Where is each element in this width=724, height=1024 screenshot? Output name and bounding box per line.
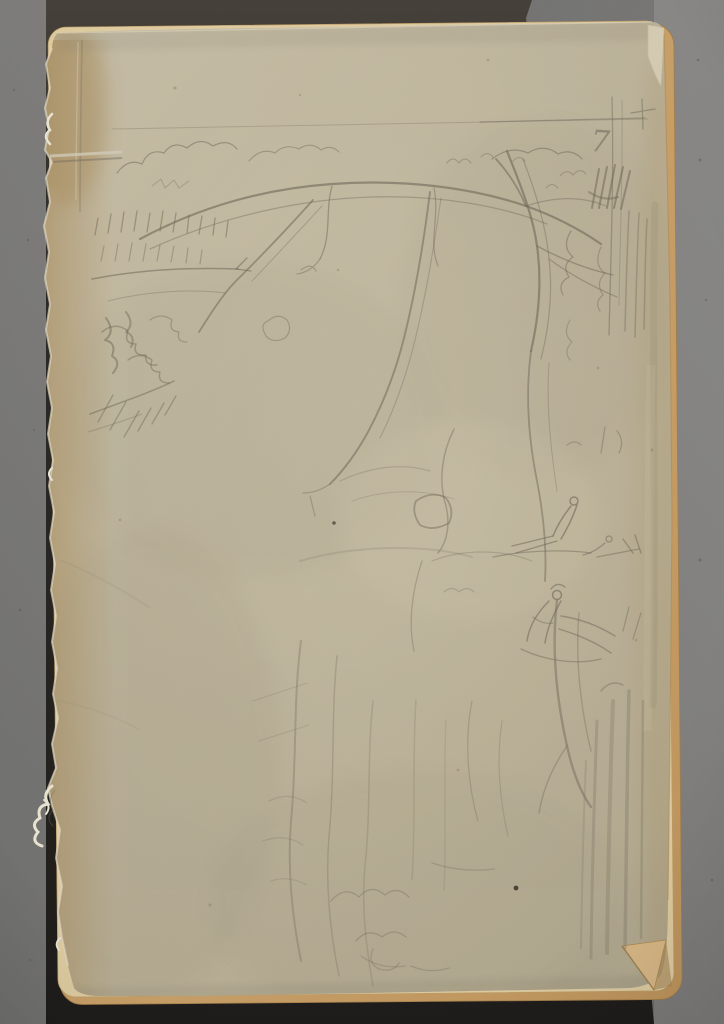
sketchbook-photo: 7 [0, 0, 724, 1024]
photo-vignette [0, 0, 724, 1024]
sketchbook-photo-canvas: 7 [0, 0, 724, 1024]
